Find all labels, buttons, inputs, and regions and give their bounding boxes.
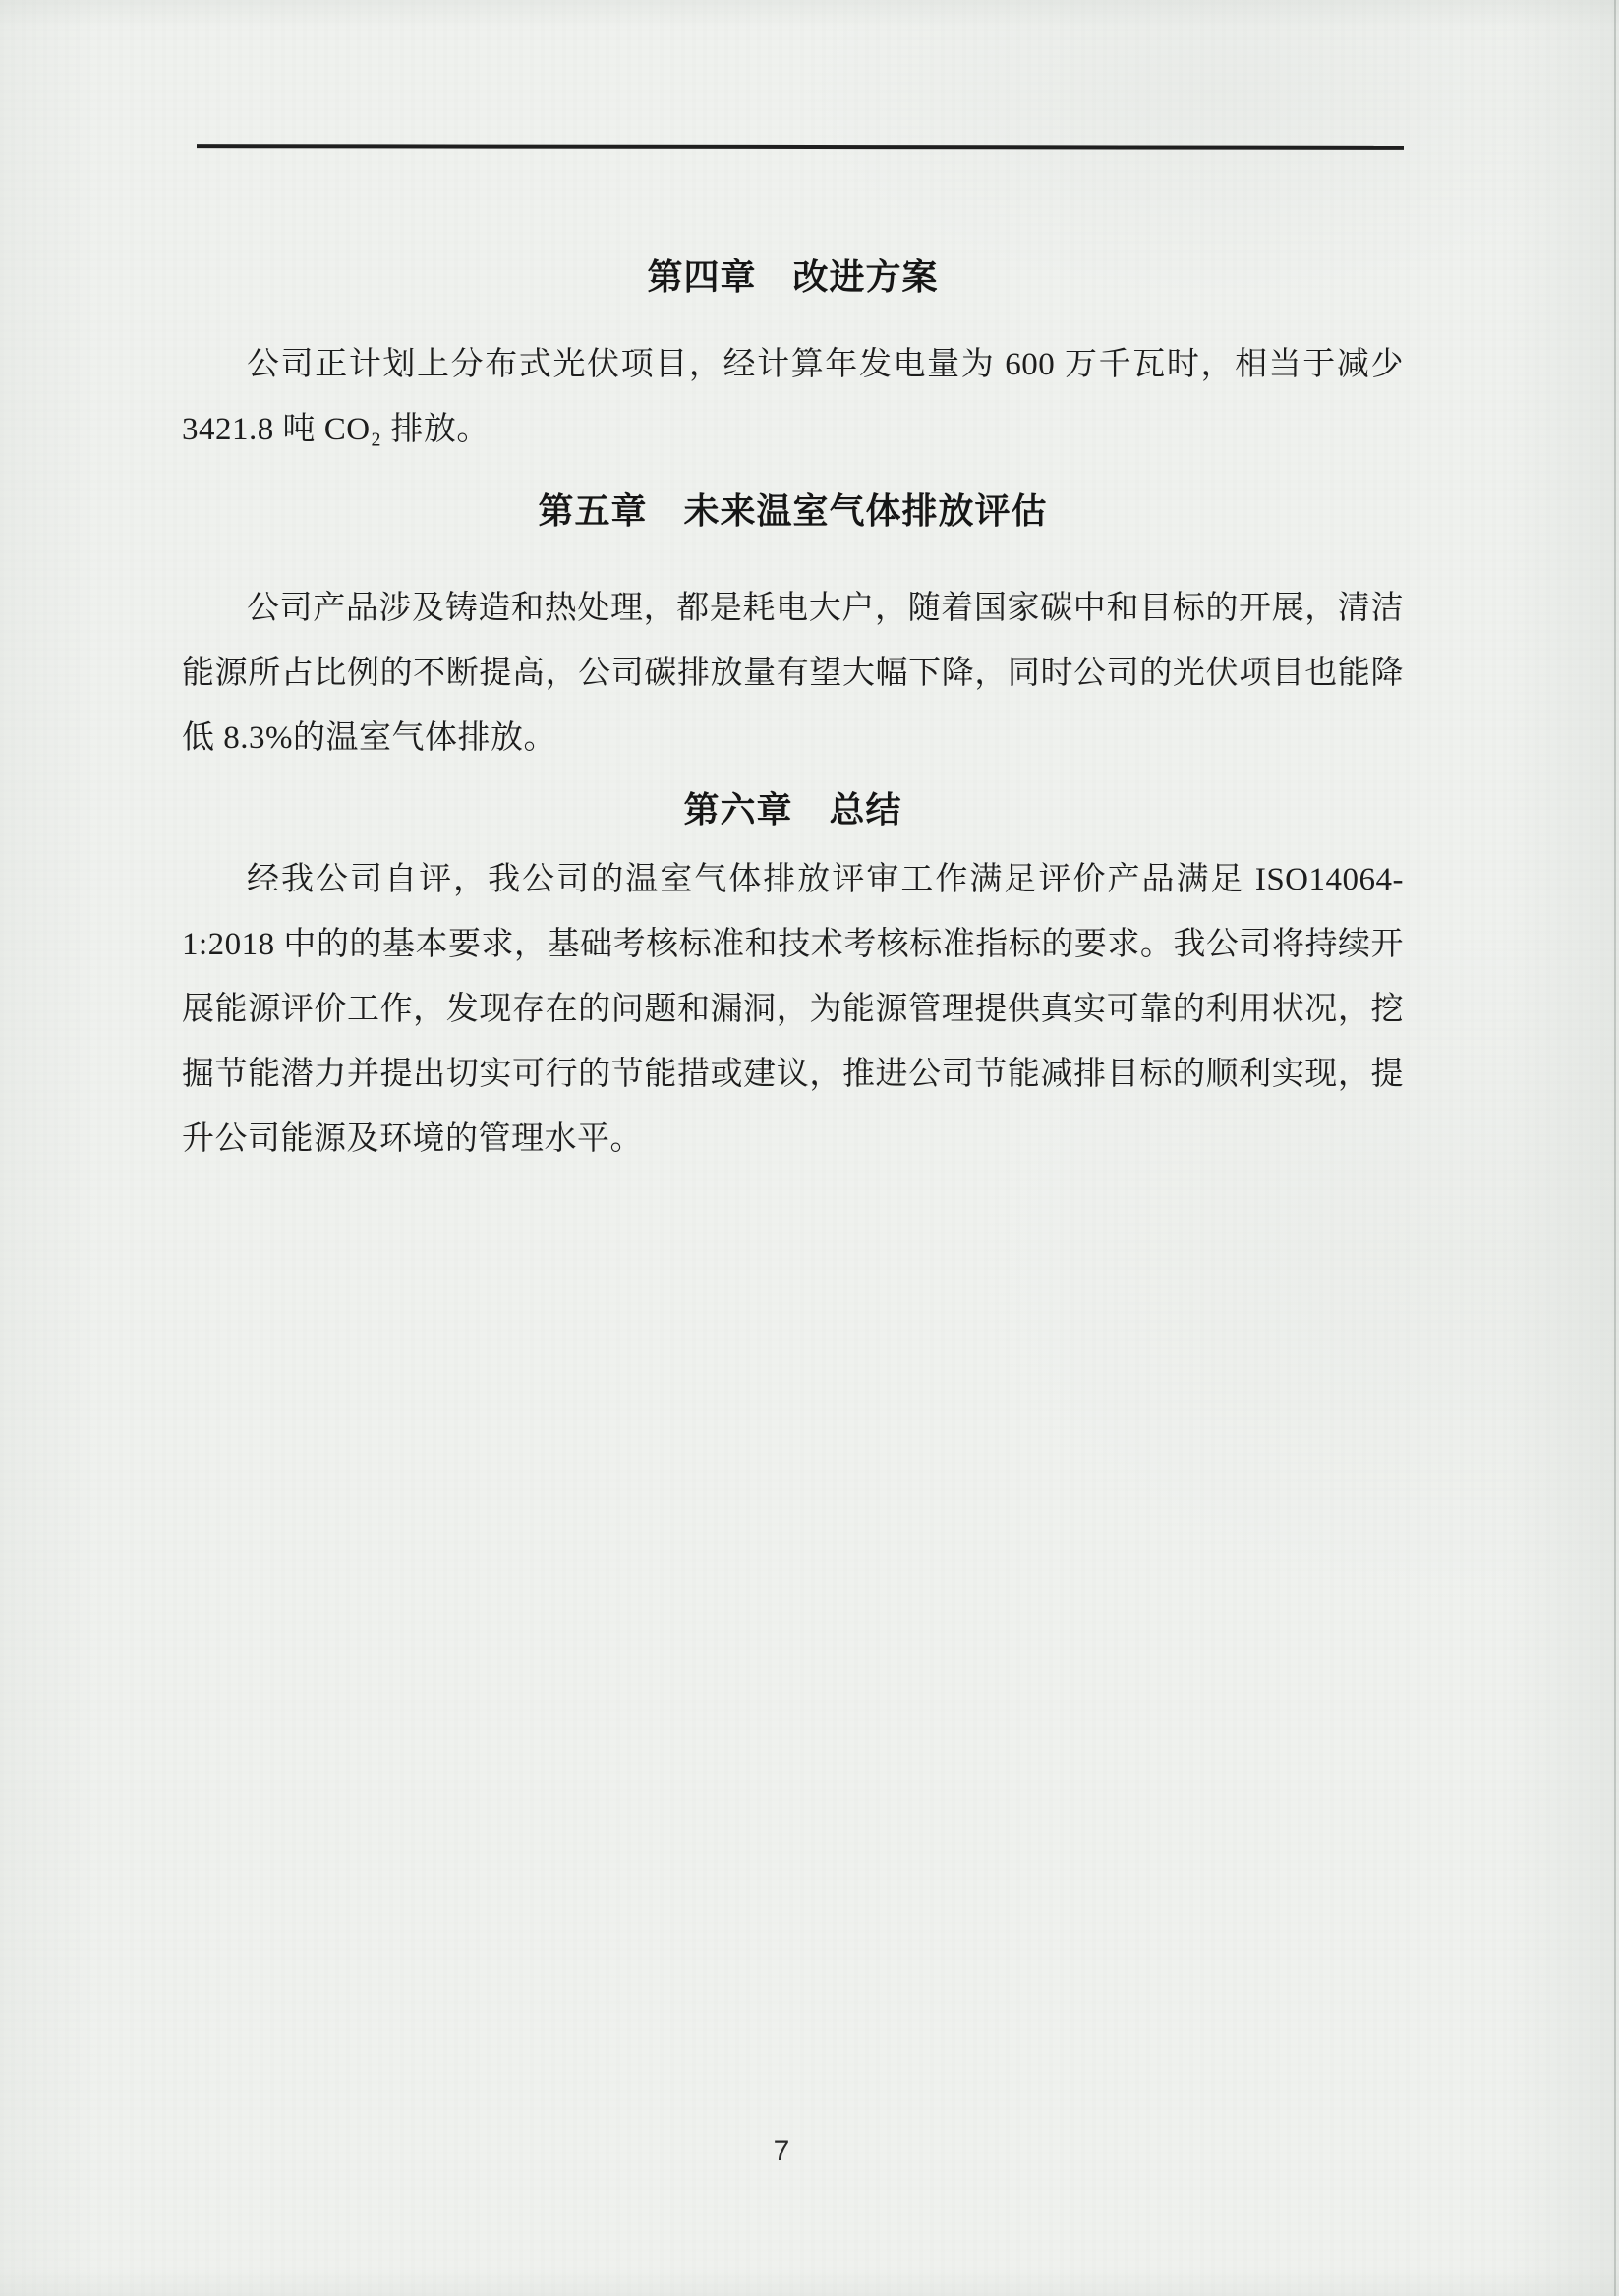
chapter-4-paragraph: 公司正计划上分布式光伏项目，经计算年发电量为 600 万千瓦时，相当于减少 34… xyxy=(182,332,1404,462)
chapter-5-paragraph: 公司产品涉及铸造和热处理，都是耗电大户，随着国家碳中和目标的开展，清洁能源所占比… xyxy=(182,576,1404,771)
chapter-6-paragraph: 经我公司自评，我公司的温室气体排放评审工作满足评价产品满足 ISO14064-1… xyxy=(182,847,1404,1172)
chapter-5-title: 第五章 未来温室气体排放评估 xyxy=(182,488,1404,535)
page-number: 7 xyxy=(182,2135,1381,2168)
scan-edge-artifact xyxy=(1614,0,1616,2296)
chapter-4-title: 第四章 改进方案 xyxy=(182,254,1404,301)
chapter-6-title: 第六章 总结 xyxy=(182,786,1404,833)
